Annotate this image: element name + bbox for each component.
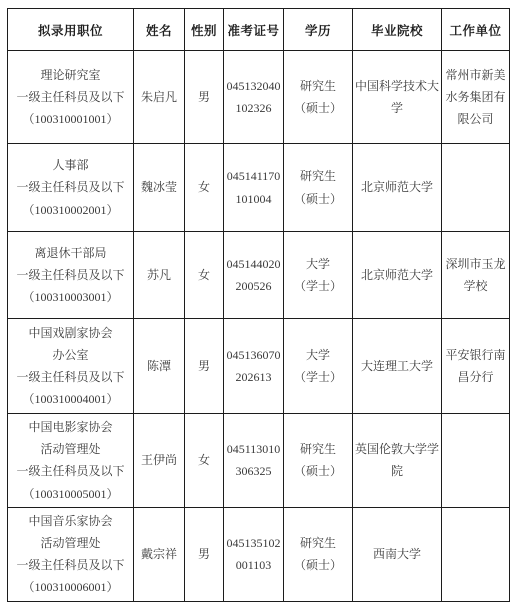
cell-position: 人事部 一级主任科员及以下 （100310002001） (8, 144, 134, 232)
cell-name: 魏冰莹 (134, 144, 185, 232)
table-row: 理论研究室 一级主任科员及以下 （100310001001） 朱启凡 男 045… (8, 51, 510, 144)
cell-employer: 深圳市玉龙学校 (442, 232, 510, 319)
header-gender: 性别 (185, 9, 224, 51)
cell-position: 理论研究室 一级主任科员及以下 （100310001001） (8, 51, 134, 144)
cell-employer (442, 144, 510, 232)
header-exam-number: 准考证号 (224, 9, 284, 51)
header-school: 毕业院校 (353, 9, 442, 51)
header-position: 拟录用职位 (8, 9, 134, 51)
cell-exam-number: 045144020 200526 (224, 232, 284, 319)
table-row: 中国戏剧家协会 办公室 一级主任科员及以下 （100310004001） 陈潭 … (8, 319, 510, 414)
cell-exam-number: 045136070 202613 (224, 319, 284, 414)
cell-position: 中国电影家协会 活动管理处 一级主任科员及以下 （100310005001） (8, 414, 134, 508)
cell-gender: 女 (185, 144, 224, 232)
page: 拟录用职位 姓名 性别 准考证号 学历 毕业院校 工作单位 理论研究室 一级主任… (0, 0, 517, 600)
cell-school: 西南大学 (353, 507, 442, 601)
table-body: 理论研究室 一级主任科员及以下 （100310001001） 朱启凡 男 045… (8, 51, 510, 602)
table-row: 离退休干部局 一级主任科员及以下 （100310003001） 苏凡 女 045… (8, 232, 510, 319)
cell-school: 中国科学技术大学 (353, 51, 442, 144)
cell-position: 中国戏剧家协会 办公室 一级主任科员及以下 （100310004001） (8, 319, 134, 414)
cell-education: 研究生 （硕士） (284, 507, 353, 601)
cell-gender: 男 (185, 51, 224, 144)
cell-education: 大学 （学士） (284, 319, 353, 414)
cell-gender: 男 (185, 319, 224, 414)
cell-employer: 平安银行南昌分行 (442, 319, 510, 414)
table-row: 人事部 一级主任科员及以下 （100310002001） 魏冰莹 女 04514… (8, 144, 510, 232)
cell-school: 北京师范大学 (353, 232, 442, 319)
admission-roster-table: 拟录用职位 姓名 性别 准考证号 学历 毕业院校 工作单位 理论研究室 一级主任… (7, 8, 510, 602)
cell-name: 朱启凡 (134, 51, 185, 144)
cell-education: 研究生 （硕士） (284, 51, 353, 144)
cell-education: 研究生 （硕士） (284, 414, 353, 508)
cell-position: 中国音乐家协会 活动管理处 一级主任科员及以下 （100310006001） (8, 507, 134, 601)
header-education: 学历 (284, 9, 353, 51)
cell-name: 陈潭 (134, 319, 185, 414)
cell-name: 苏凡 (134, 232, 185, 319)
table-header: 拟录用职位 姓名 性别 准考证号 学历 毕业院校 工作单位 (8, 9, 510, 51)
cell-education: 研究生 （硕士） (284, 144, 353, 232)
header-row: 拟录用职位 姓名 性别 准考证号 学历 毕业院校 工作单位 (8, 9, 510, 51)
cell-exam-number: 045113010 306325 (224, 414, 284, 508)
cell-exam-number: 045132040 102326 (224, 51, 284, 144)
cell-name: 王伊尚 (134, 414, 185, 508)
cell-gender: 男 (185, 507, 224, 601)
cell-gender: 女 (185, 232, 224, 319)
header-employer: 工作单位 (442, 9, 510, 51)
cell-exam-number: 045135102 001103 (224, 507, 284, 601)
cell-employer (442, 507, 510, 601)
table-row: 中国电影家协会 活动管理处 一级主任科员及以下 （100310005001） 王… (8, 414, 510, 508)
cell-exam-number: 045141170 101004 (224, 144, 284, 232)
cell-name: 戴宗祥 (134, 507, 185, 601)
cell-employer (442, 414, 510, 508)
header-name: 姓名 (134, 9, 185, 51)
cell-school: 北京师范大学 (353, 144, 442, 232)
cell-gender: 女 (185, 414, 224, 508)
table-row: 中国音乐家协会 活动管理处 一级主任科员及以下 （100310006001） 戴… (8, 507, 510, 601)
cell-position: 离退休干部局 一级主任科员及以下 （100310003001） (8, 232, 134, 319)
cell-employer: 常州市新美水务集团有限公司 (442, 51, 510, 144)
cell-school: 英国伦敦大学学院 (353, 414, 442, 508)
cell-school: 大连理工大学 (353, 319, 442, 414)
cell-education: 大学 （学士） (284, 232, 353, 319)
